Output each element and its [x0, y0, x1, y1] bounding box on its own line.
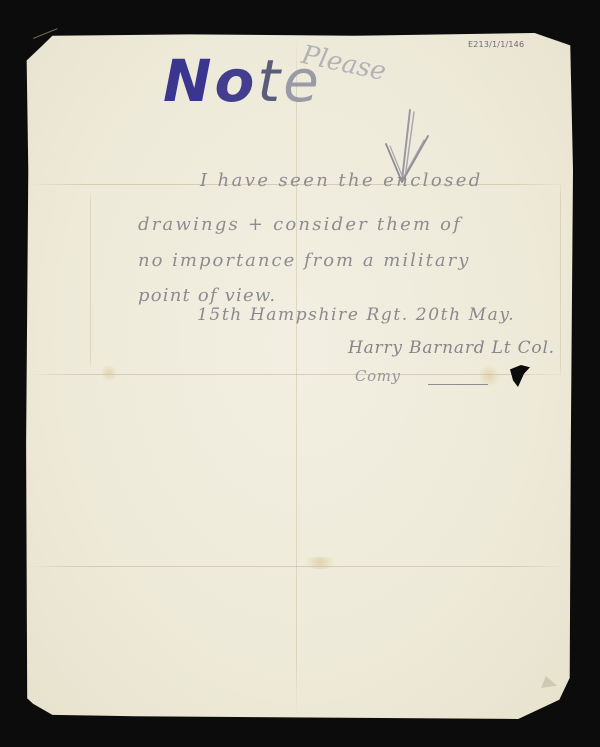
paper-stain: [300, 557, 340, 569]
signature-underline: [428, 384, 488, 385]
heading-letter: t: [257, 47, 283, 115]
signature-title: Comy: [355, 367, 401, 385]
body-line: I have seen the enclosed: [200, 170, 483, 191]
note-heading: Note: [163, 52, 322, 110]
heading-letter: N: [163, 47, 215, 115]
heading-letter: o: [215, 47, 258, 115]
signature: Harry Barnard Lt Col.: [348, 338, 555, 358]
unit-and-date: 15th Hampshire Rgt. 20th May.: [197, 305, 515, 325]
body-line: drawings + consider them of: [138, 214, 462, 235]
archive-reference: E213/1/1/146: [468, 40, 524, 49]
body-line: no importance from a military: [138, 250, 470, 271]
body-line: point of view.: [138, 285, 276, 306]
paper-stain: [100, 365, 118, 381]
